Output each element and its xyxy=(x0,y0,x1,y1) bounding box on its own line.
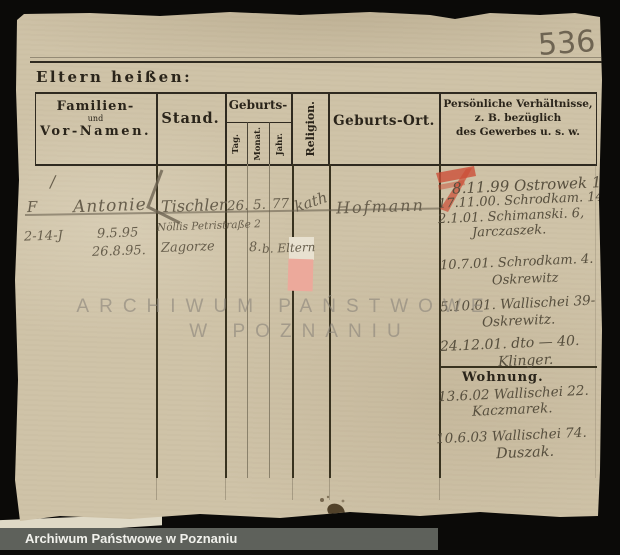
document-paper: 536 Eltern heißen: xyxy=(0,0,620,555)
religion-entry: kath xyxy=(292,188,330,216)
column-header-religion: Religion. xyxy=(292,93,328,164)
note-line: Jarczaszek. xyxy=(472,222,547,240)
top-rule-thin xyxy=(30,57,601,58)
address-entry-b-number: 8. xyxy=(249,240,262,255)
wohnung-note-line: Duszak. xyxy=(496,444,555,463)
address-entry-b2: b. Eltern xyxy=(262,240,316,256)
top-rule xyxy=(30,61,602,63)
column-header-monat: Monat. xyxy=(247,123,269,165)
column-header-persoenliche-1: Persönliche Verhältnisse, xyxy=(439,98,597,110)
table-line xyxy=(35,164,597,166)
archive-caption-text: Archiwum Państwowe w Poznaniu xyxy=(25,531,237,546)
wohnung-note-line: Kaczmarek. xyxy=(472,400,553,419)
archive-watermark-line2: W POZNANIU xyxy=(150,321,450,343)
wohnung-header: Wohnung. xyxy=(462,370,544,385)
column-header-und: und xyxy=(35,114,156,123)
column-header-jahr: Jahr. xyxy=(269,123,291,165)
code-entry: 2-14-J xyxy=(24,228,63,244)
column-header-tag: Tag. xyxy=(225,123,247,165)
table-line-faint xyxy=(156,478,157,500)
column-header-geburts: Geburts- xyxy=(225,98,291,112)
date-entry-a: 9.5.95 xyxy=(97,225,139,241)
note-line: Oskrewitz xyxy=(492,271,559,289)
table-line xyxy=(328,92,330,166)
note-line: 10.7.01. Schrodkam. 4. xyxy=(440,252,594,274)
table-line-faint xyxy=(439,478,440,500)
ink-blot xyxy=(312,493,352,525)
stand-entry: Tischler xyxy=(161,195,227,216)
archive-watermark-line1: ARCHIWUM PAŃSTWOWE xyxy=(55,296,515,318)
column-header-stand: Stand. xyxy=(156,110,225,127)
column-header-geburtsort: Geburts-Ort. xyxy=(329,113,439,129)
table-line-faint xyxy=(225,478,226,500)
column-header-persoenliche-2: z. B. bezüglich xyxy=(439,112,597,124)
form-title: Eltern heißen: xyxy=(36,68,192,86)
scanned-document-view: 536 Eltern heißen: xyxy=(0,0,620,555)
birth-year-entry: 77 xyxy=(272,196,290,213)
address-entry-b: Zagorze xyxy=(161,239,215,256)
row-tick: / xyxy=(50,172,56,191)
table-line-faint xyxy=(292,478,293,500)
table-line xyxy=(156,92,158,166)
note-line: 24.12.01. dto — 40. xyxy=(440,333,580,355)
birth-day-entry: 26. xyxy=(227,198,249,215)
column-header-familien: Familien- xyxy=(35,99,156,114)
wohnung-note-line: 10.6.03 Wallischei 74. xyxy=(436,425,587,448)
pink-tab xyxy=(288,259,314,292)
column-header-vornamen: Vor-Namen. xyxy=(35,124,156,139)
note-line: Klinger. xyxy=(498,352,554,370)
date-entry-b: 26.8.95. xyxy=(92,243,146,260)
column-header-persoenliche-3: des Gewerbes u. s. w. xyxy=(439,126,597,138)
address-entry-a: Nöllis Petristraße 2 xyxy=(157,218,261,234)
birth-month-entry: 5. xyxy=(253,197,266,213)
table-line xyxy=(595,164,596,478)
margin-mark: F xyxy=(27,198,38,216)
name-entry: Antonie xyxy=(73,195,147,218)
birthplace-entry: Hofmann xyxy=(336,195,425,217)
